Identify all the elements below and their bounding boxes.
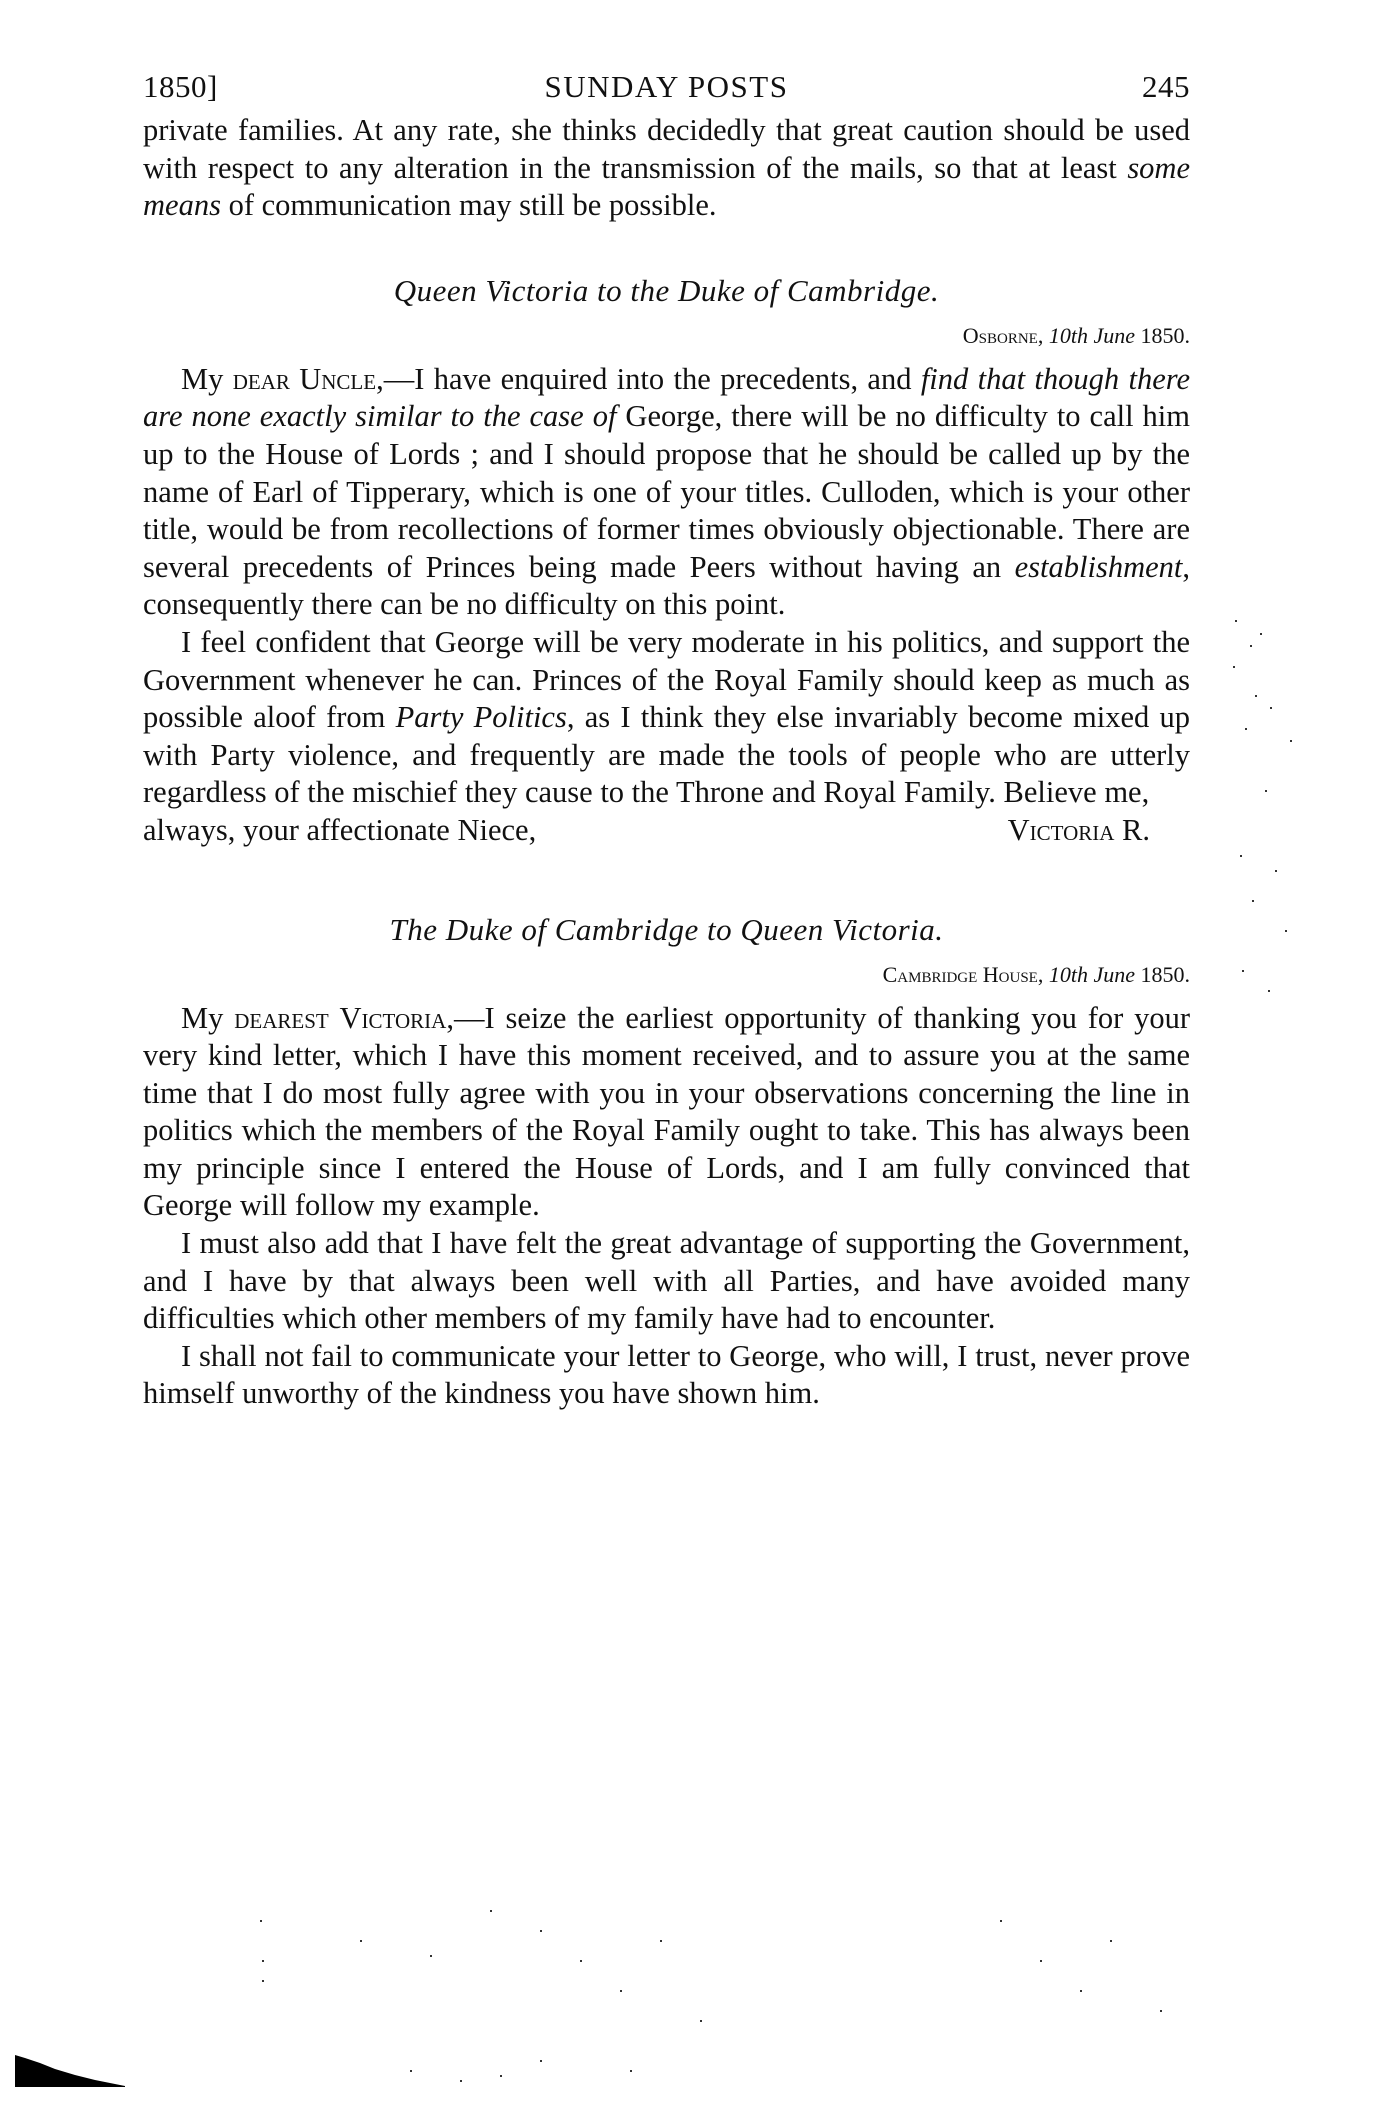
text-segment: private families. At any rate, she think… xyxy=(143,113,1190,185)
page-number: 245 xyxy=(1142,62,1190,112)
letter-duke-to-queen: The Duke of Cambridge to Queen Victoria.… xyxy=(143,910,1190,1414)
dateline-year: 1850. xyxy=(1141,962,1191,987)
salutation: My dearest Victoria,— xyxy=(181,1001,484,1035)
letter-paragraph: My dearest Victoria,—I seize the earlies… xyxy=(143,1000,1190,1226)
letter-paragraph: My dear Uncle,—I have enquired into the … xyxy=(143,361,1190,624)
letter-dateline: Osborne, 10th June 1850. xyxy=(143,321,1190,351)
letter-heading: Queen Victoria to the Duke of Cambridge. xyxy=(143,271,1190,311)
dateline-year: 1850. xyxy=(1141,323,1191,348)
text-segment: of com­munication may still be possible. xyxy=(221,188,717,222)
page-edge-wedge-mark xyxy=(15,2055,125,2087)
letter-paragraph: I must also add that I have felt the gre… xyxy=(143,1225,1190,1338)
dateline-month: June xyxy=(1093,962,1135,987)
running-head: 1850] SUNDAY POSTS 245 xyxy=(143,62,1190,112)
letter-dateline: Cambridge House, 10th June 1850. xyxy=(143,960,1190,990)
letter-paragraph: I feel confident that George will be ver… xyxy=(143,624,1190,812)
continuation-paragraph: private families. At any rate, she think… xyxy=(143,112,1190,225)
book-page: 1850] SUNDAY POSTS 245 private families.… xyxy=(143,62,1190,1413)
dateline-month: June xyxy=(1093,323,1135,348)
letter-queen-to-duke: Queen Victoria to the Duke of Cambridge.… xyxy=(143,271,1190,850)
dateline-day: 10th xyxy=(1049,323,1088,348)
closing: always, your affectionate Niece, xyxy=(143,812,536,850)
letter-heading: The Duke of Cambridge to Queen Victoria. xyxy=(143,910,1190,950)
signature: Victoria R. xyxy=(1008,812,1190,850)
salutation: My dear Uncle,— xyxy=(181,362,414,396)
dateline-place: Osborne xyxy=(963,323,1038,348)
running-head-title: SUNDAY POSTS xyxy=(143,62,1190,112)
scan-noise-bottom xyxy=(260,1900,1260,2090)
signoff-line: always, your affectionate Niece, Victori… xyxy=(143,812,1190,850)
letter-paragraph: I shall not fail to communicate your let… xyxy=(143,1338,1190,1413)
scan-noise-right xyxy=(1230,600,1330,1000)
dateline-day: 10th xyxy=(1049,962,1088,987)
dateline-place: Cambridge House xyxy=(883,962,1038,987)
